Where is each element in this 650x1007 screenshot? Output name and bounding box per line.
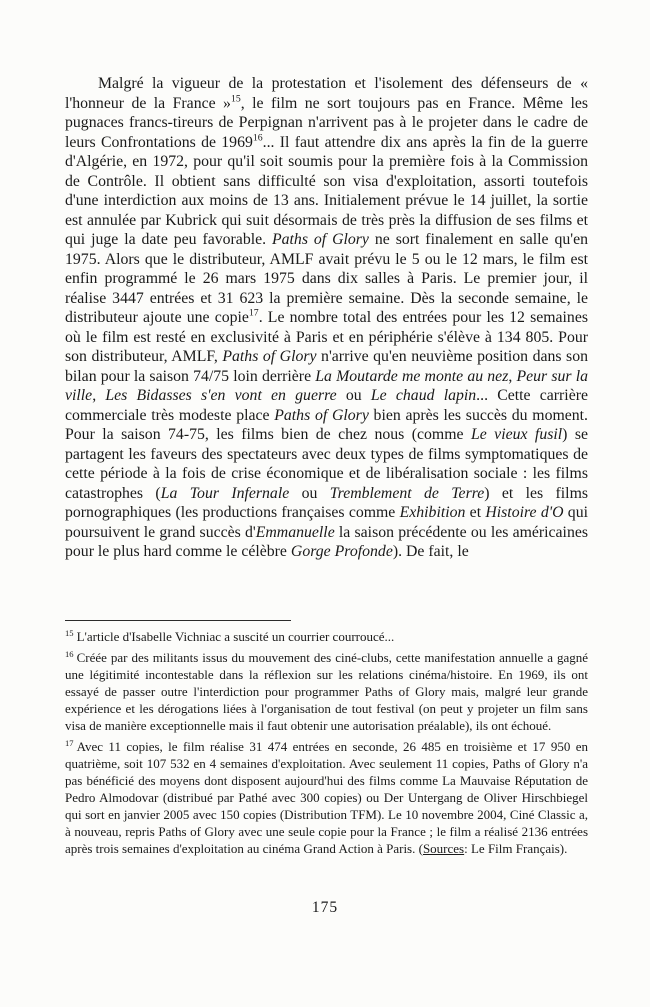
text-segment: L'article d'Isabelle Vichniac a suscité …	[77, 629, 395, 644]
text-segment: Paths of Glory	[274, 407, 369, 424]
text-segment: ). De fait, le	[393, 543, 469, 560]
text-segment: Tremblement de Terre	[330, 485, 485, 502]
text-segment: Paths of Glory	[272, 231, 369, 248]
footnote-text: Créée par des militants issus du mouveme…	[65, 650, 588, 733]
text-segment: ou	[337, 387, 371, 404]
footnotes-section: 15L'article d'Isabelle Vichniac a suscit…	[65, 628, 588, 861]
text-segment: Gorge Profonde	[291, 543, 393, 560]
text-segment: Sources	[423, 841, 464, 856]
footnote-separator	[65, 620, 291, 621]
text-segment: ,	[92, 387, 105, 404]
footnote-reference: 16	[253, 132, 263, 143]
text-segment: Avec 11 copies, le film réalise 31 474 e…	[65, 739, 588, 856]
footnote-reference: 15	[231, 93, 241, 104]
text-segment: La Moutarde me monte au nez	[315, 368, 508, 385]
text-segment: Les Bidasses s'en vont en guerre	[105, 387, 336, 404]
footnote-marker: 17	[65, 738, 74, 748]
footnote-text: Avec 11 copies, le film réalise 31 474 e…	[65, 739, 588, 856]
footnote-16: 16Créée par des militants issus du mouve…	[65, 649, 588, 734]
text-segment: et	[465, 504, 485, 521]
text-segment: Exhibition	[400, 504, 466, 521]
document-page: Malgré la vigueur de la protestation et …	[0, 0, 650, 1007]
text-segment: Le chaud lapin	[371, 387, 476, 404]
body-paragraph: Malgré la vigueur de la protestation et …	[65, 74, 588, 562]
footnote-marker: 16	[65, 649, 74, 659]
text-segment: La Tour Infernale	[161, 485, 290, 502]
footnote-15: 15L'article d'Isabelle Vichniac a suscit…	[65, 628, 588, 645]
page-number: 175	[0, 899, 650, 917]
text-segment: Le vieux fusil	[471, 426, 562, 443]
text-segment: Emmanuelle	[256, 524, 335, 541]
text-segment: : Le Film Français).	[464, 841, 567, 856]
footnote-marker: 15	[65, 628, 74, 638]
text-segment: Créée par des militants issus du mouveme…	[65, 650, 588, 733]
text-segment: ou	[289, 485, 329, 502]
text-segment: Histoire d'O	[485, 504, 563, 521]
footnote-17: 17Avec 11 copies, le film réalise 31 474…	[65, 738, 588, 857]
footnote-reference: 17	[249, 308, 259, 319]
footnote-text: L'article d'Isabelle Vichniac a suscité …	[77, 629, 395, 644]
text-segment: Paths of Glory	[222, 348, 316, 365]
